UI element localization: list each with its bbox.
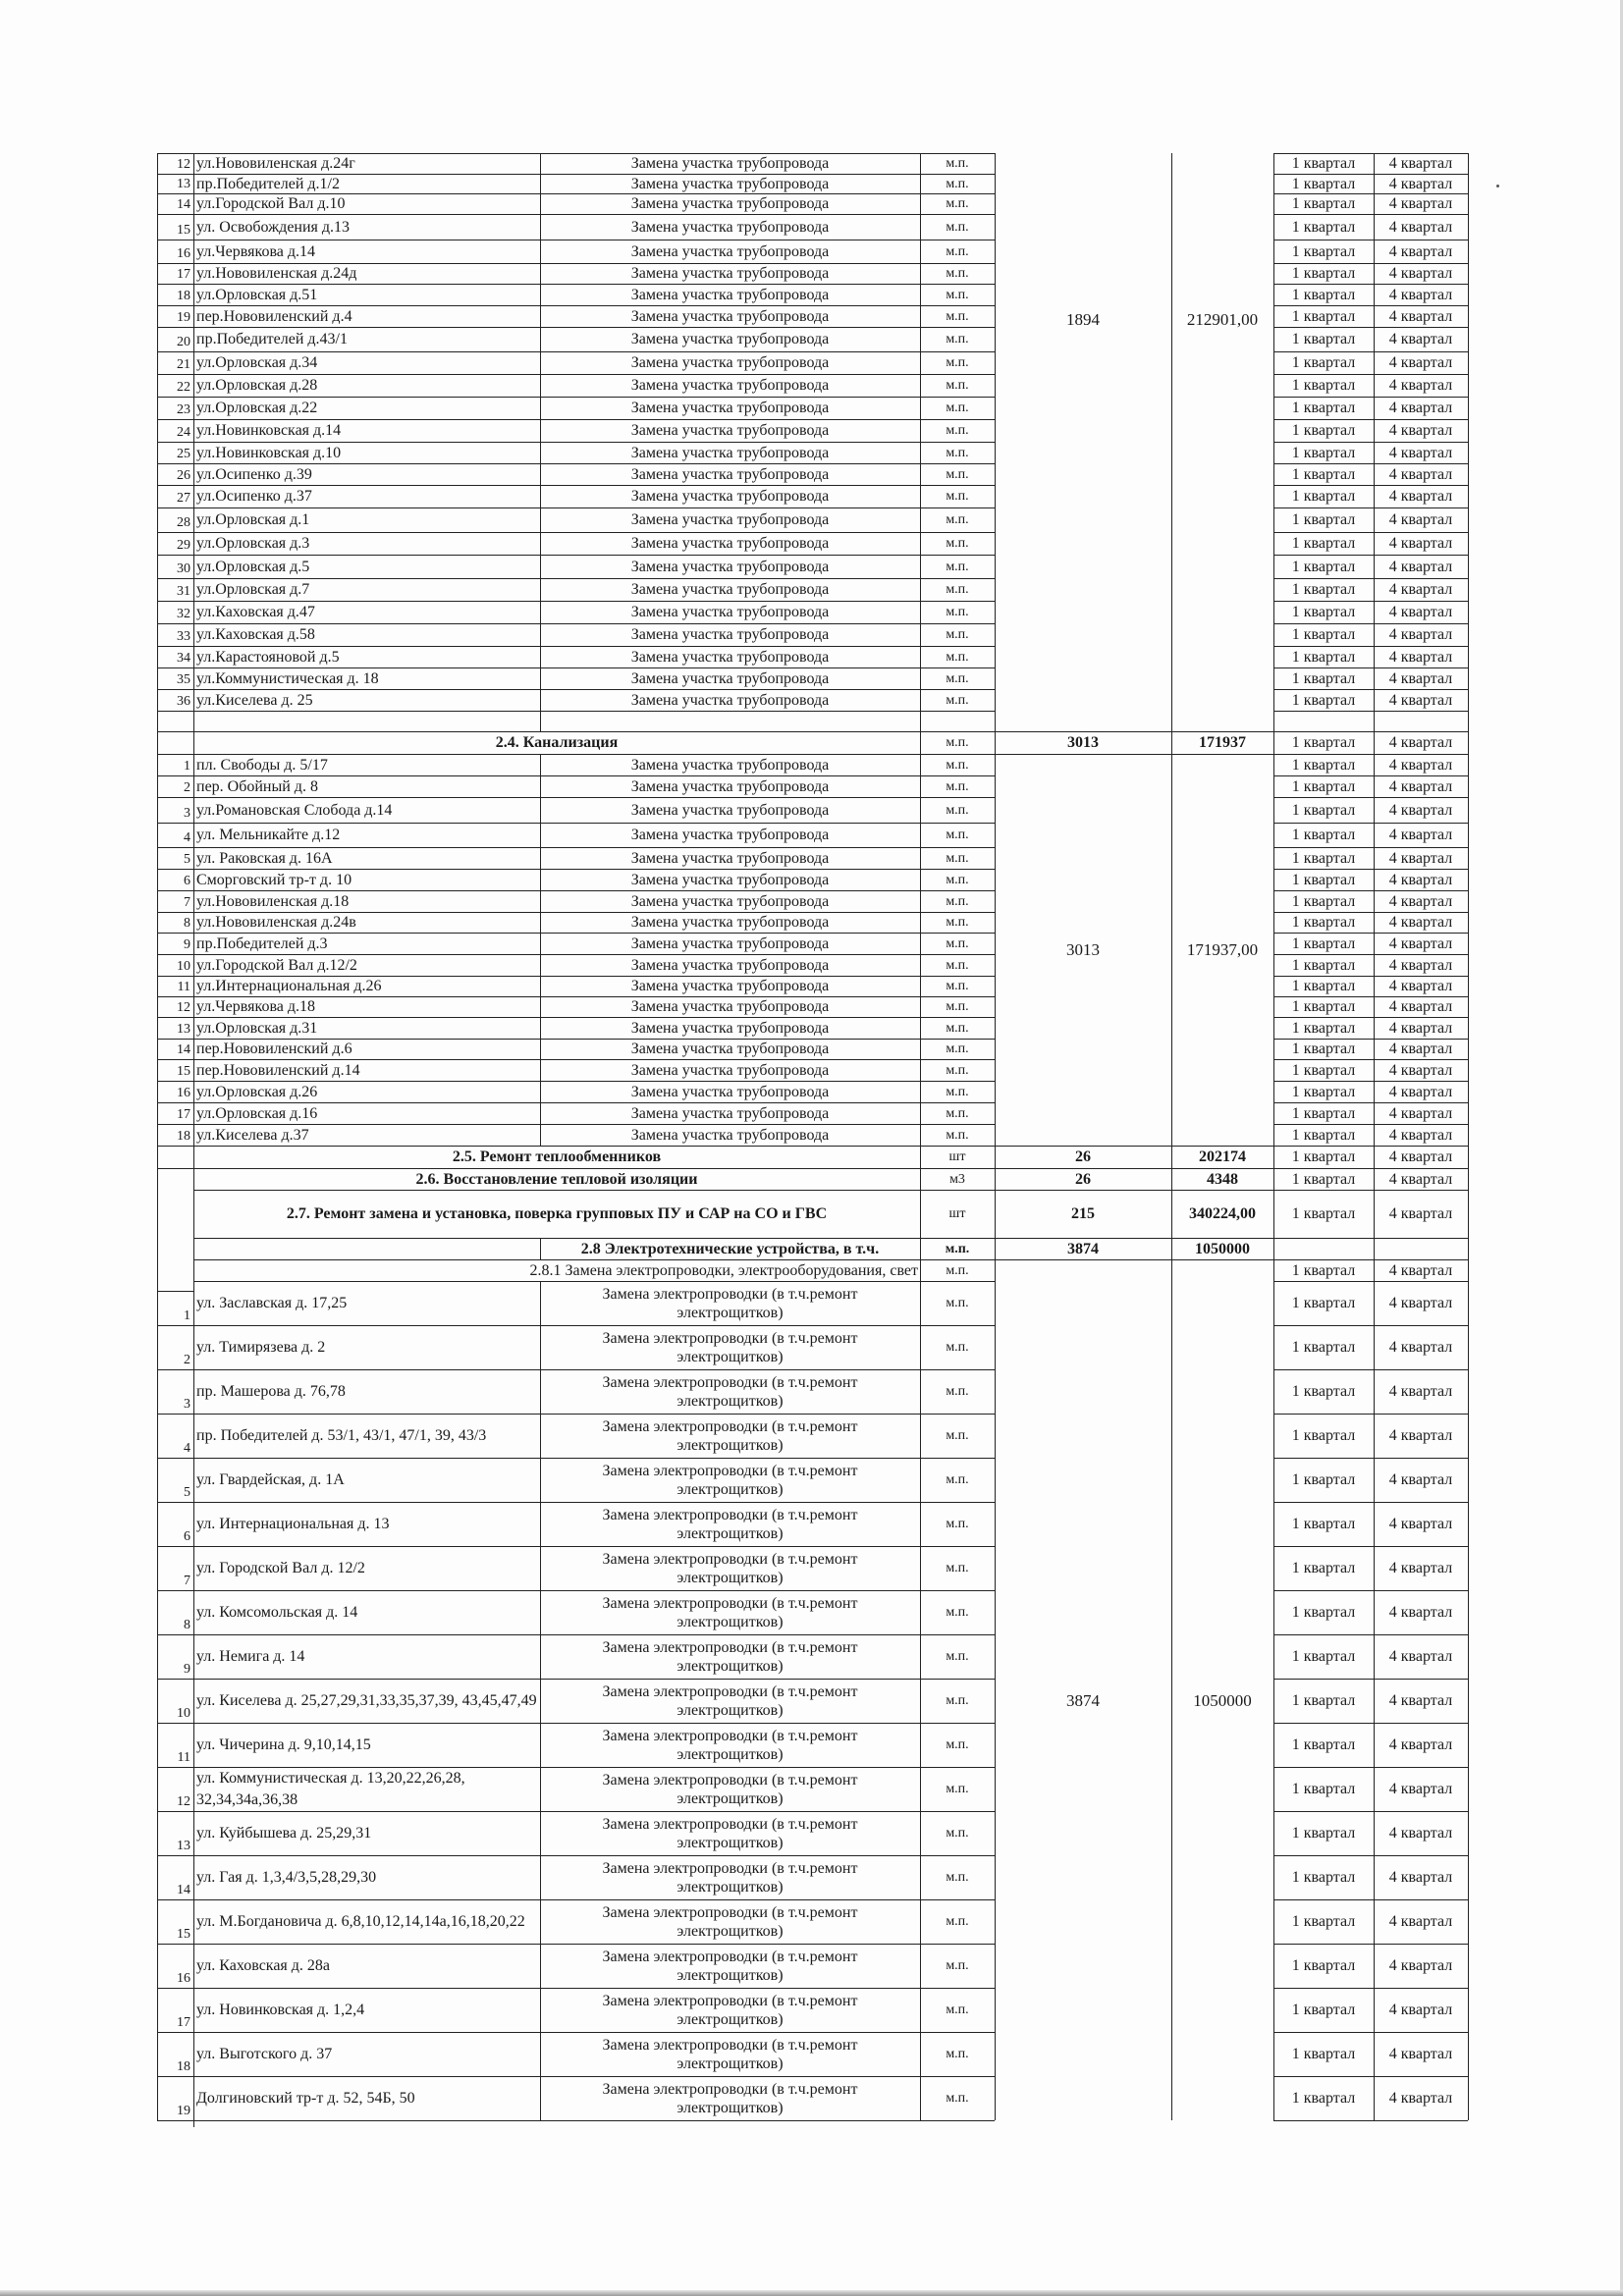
row-border [157, 890, 995, 891]
grid-line [1273, 754, 1274, 1146]
address-cell: ул.Интернациональная д.26 [193, 976, 540, 996]
end-quarter-cell: 4 квартал [1374, 578, 1468, 601]
grid-line [1273, 153, 1274, 731]
unit-cell: м.п. [920, 327, 995, 351]
work-line-2: электрощитков) [676, 1524, 783, 1543]
end-quarter-cell: 4 квартал [1374, 1458, 1468, 1502]
end-quarter-cell: 4 квартал [1374, 1259, 1468, 1281]
address-cell: ул.Новинковская д.10 [193, 442, 540, 463]
address-cell: ул.Карастояновой д.5 [193, 646, 540, 667]
row-border [157, 954, 995, 955]
start-quarter-cell: 1 квартал [1273, 284, 1374, 305]
unit-cell: м.п. [920, 1102, 995, 1124]
end-quarter-cell: 4 квартал [1374, 1723, 1468, 1767]
grid-line [920, 1146, 921, 1238]
unit-cell: м.п. [920, 419, 995, 442]
unit-cell: м.п. [920, 2076, 995, 2120]
address-cell: ул.Орловская д.22 [193, 397, 540, 419]
grid-line [193, 731, 194, 754]
work-type-cell: Замена участка трубопровода [540, 623, 920, 646]
row-number: 33 [157, 623, 193, 646]
row-border [1273, 1679, 1468, 1680]
start-quarter-cell: 1 квартал [1273, 1124, 1374, 1146]
grid-line [1273, 731, 1274, 754]
address-cell: ул.Орловская д.5 [193, 555, 540, 578]
row-border [1273, 2032, 1468, 2033]
unit-cell: шт [920, 1190, 995, 1238]
work-type-cell: Замена участка трубопровода [540, 667, 920, 689]
row-border [1273, 193, 1468, 194]
row-border [1273, 1102, 1468, 1103]
row-border [1273, 507, 1468, 508]
row-number: 36 [157, 689, 193, 711]
grid-line [1374, 153, 1375, 731]
work-type-cell: Замена участка трубопровода [540, 1081, 920, 1102]
work-type-cell: Замена участка трубопровода [540, 305, 920, 327]
address-cell: ул. Новинковская д. 1,2,4 [193, 1988, 540, 2032]
start-quarter-cell: 1 квартал [1273, 1502, 1374, 1546]
address-cell: ул. Раковская д. 16А [193, 847, 540, 869]
row-border [157, 976, 995, 977]
row-border [1273, 775, 1468, 776]
section-cost: 171937 [1171, 731, 1273, 754]
unit-cell: м.п. [920, 374, 995, 397]
row-number: 26 [157, 463, 193, 485]
end-quarter-cell: 4 квартал [1374, 1502, 1468, 1546]
end-quarter-cell: 4 квартал [1374, 1899, 1468, 1944]
work-line-2: электрощитков) [676, 1701, 783, 1720]
end-quarter-cell: 4 квартал [1374, 601, 1468, 623]
row-border [1273, 623, 1468, 624]
grid-line [157, 754, 158, 1146]
row-number: 3 [157, 1369, 193, 1414]
start-quarter-cell: 1 квартал [1273, 1369, 1374, 1414]
end-quarter-cell: 4 квартал [1374, 912, 1468, 933]
unit-cell: м.п. [920, 1811, 995, 1855]
address-cell: ул. Мельникайте д.12 [193, 823, 540, 847]
address-cell: ул.Каховская д.47 [193, 601, 540, 623]
end-quarter-cell: 4 квартал [1374, 1369, 1468, 1414]
row-border [157, 1546, 995, 1547]
row-border [157, 214, 995, 215]
row-border [157, 1590, 995, 1591]
work-type-cell: Замена участка трубопровода [540, 485, 920, 507]
row-number: 27 [157, 485, 193, 507]
row-border [157, 1944, 995, 1945]
address-cell: ул.Киселева д. 25 [193, 689, 540, 711]
row-border [157, 711, 995, 712]
address-cell: ул.Нововиленская д.24в [193, 912, 540, 933]
row-number: 14 [157, 193, 193, 214]
grid-line [157, 1146, 158, 1291]
row-border [1273, 689, 1468, 690]
row-border [157, 1723, 995, 1724]
work-line-2: электрощитков) [676, 2099, 783, 2117]
grid-line [1273, 1281, 1274, 2120]
end-quarter-cell: 4 квартал [1374, 174, 1468, 193]
address-cell: ул.Киселева д.37 [193, 1124, 540, 1146]
start-quarter-cell: 1 квартал [1273, 1723, 1374, 1767]
start-quarter-cell: 1 квартал [1273, 174, 1374, 193]
grid-line [540, 1238, 541, 1259]
row-number: 28 [157, 507, 193, 532]
subsection-title: 2.8.1 Замена электропроводки, электрообо… [193, 1259, 920, 1281]
address-cell: ул. Освобождения д.13 [193, 214, 540, 240]
start-quarter-cell: 1 квартал [1273, 1281, 1374, 1325]
end-quarter-cell: 4 квартал [1374, 507, 1468, 532]
unit-cell: м.п. [920, 2032, 995, 2076]
row-border [1273, 890, 1468, 891]
unit-cell: м.п. [920, 933, 995, 954]
grid-line [193, 153, 194, 731]
address-cell: ул.Нововиленская д.18 [193, 890, 540, 912]
address-cell: пер.Нововиленский д.14 [193, 1059, 540, 1081]
start-quarter-cell: 1 квартал [1273, 463, 1374, 485]
work-type-cell: Замена участка трубопровода [540, 174, 920, 193]
start-quarter-cell: 1 квартал [1273, 1146, 1374, 1168]
merged-cost: 171937,00 [1171, 754, 1273, 1146]
work-line-1: Замена электропроводки (в т.ч.ремонт [603, 1727, 858, 1745]
end-quarter-cell: 4 квартал [1374, 263, 1468, 284]
end-quarter-cell: 4 квартал [1374, 555, 1468, 578]
unit-cell: м.п. [920, 976, 995, 996]
end-quarter-cell: 4 квартал [1374, 1414, 1468, 1458]
row-number: 1 [157, 754, 193, 775]
address-cell: ул.Осипенко д.37 [193, 485, 540, 507]
end-quarter-cell: 4 квартал [1374, 1590, 1468, 1634]
row-border [1273, 214, 1468, 215]
unit-cell: м.п. [920, 193, 995, 214]
row-number: 30 [157, 555, 193, 578]
end-quarter-cell: 4 квартал [1374, 532, 1468, 555]
address-cell: Долгиновский тр-т д. 52, 54Б, 50 [193, 2076, 540, 2120]
start-quarter-cell: 1 квартал [1273, 731, 1374, 754]
address-cell: ул.Орловская д.26 [193, 1081, 540, 1102]
work-line-1: Замена электропроводки (в т.ч.ремонт [603, 1462, 858, 1480]
end-quarter-cell: 4 квартал [1374, 1811, 1468, 1855]
unit-cell: м.п. [920, 214, 995, 240]
address-cell: Сморговский тр-т д. 10 [193, 869, 540, 890]
address-cell: ул. М.Богдановича д. 6,8,10,12,14,14а,16… [193, 1899, 540, 1944]
row-border [1273, 869, 1468, 870]
unit-cell: м.п. [920, 1414, 995, 1458]
row-number: 7 [157, 1546, 193, 1590]
row-border [157, 507, 995, 508]
end-quarter-cell: 4 квартал [1374, 1146, 1468, 1168]
row-border [157, 1855, 995, 1856]
address-cell: ул. Интернациональная д. 13 [193, 1502, 540, 1546]
row-border [157, 578, 995, 579]
start-quarter-cell: 1 квартал [1273, 305, 1374, 327]
row-border [1273, 240, 1468, 240]
work-line-2: электрощитков) [676, 1966, 783, 1985]
address-cell: ул. Гвардейская, д. 1А [193, 1458, 540, 1502]
start-quarter-cell: 1 квартал [1273, 869, 1374, 890]
start-quarter-cell: 1 квартал [1273, 397, 1374, 419]
row-border [1273, 1039, 1468, 1040]
row-border [1273, 797, 1468, 798]
start-quarter-cell: 1 квартал [1273, 555, 1374, 578]
start-quarter-cell: 1 квартал [1273, 1546, 1374, 1590]
row-border [1273, 1059, 1468, 1060]
end-quarter-cell: 4 квартал [1374, 954, 1468, 976]
row-border [157, 374, 995, 375]
summary-title: 2.5. Ремонт теплообменников [193, 1146, 920, 1168]
row-border [157, 2032, 995, 2033]
section-title-sewerage: 2.4. Канализация [193, 731, 920, 754]
grid-line [1374, 1281, 1375, 2120]
work-type-cell: Замена участка трубопровода [540, 263, 920, 284]
end-quarter-cell: 4 квартал [1374, 1081, 1468, 1102]
row-border [157, 869, 995, 870]
work-line-1: Замена электропроводки (в т.ч.ремонт [603, 2080, 858, 2099]
row-number: 19 [157, 2076, 193, 2120]
row-border [1273, 485, 1468, 486]
unit-cell: м.п. [920, 174, 995, 193]
row-border [1273, 754, 1468, 755]
end-quarter-cell: 4 квартал [1374, 327, 1468, 351]
start-quarter-cell: 1 квартал [1273, 1590, 1374, 1634]
row-border [157, 667, 995, 668]
end-quarter-cell: 4 квартал [1374, 933, 1468, 954]
row-border [1273, 1944, 1468, 1945]
end-quarter-cell: 4 квартал [1374, 976, 1468, 996]
row-border [1273, 327, 1468, 328]
section-cost: 1050000 [1171, 1238, 1273, 1259]
address-cell: ул. Немига д. 14 [193, 1634, 540, 1679]
row-number: 8 [157, 1590, 193, 1634]
row-border [1273, 1546, 1468, 1547]
start-quarter-cell: 1 квартал [1273, 1811, 1374, 1855]
start-quarter-cell: 1 квартал [1273, 1325, 1374, 1369]
start-quarter-cell: 1 квартал [1273, 1855, 1374, 1899]
work-type-cell: Замена участка трубопровода [540, 1039, 920, 1059]
address-cell: пл. Свободы д. 5/17 [193, 754, 540, 775]
unit-cell: м.п. [920, 1081, 995, 1102]
unit-cell: м.п. [920, 1369, 995, 1414]
row-border [1273, 1081, 1468, 1082]
row-border [1273, 1767, 1468, 1768]
row-border [157, 1039, 995, 1040]
row-number: 10 [157, 1679, 193, 1723]
work-type-cell: Замена участка трубопровода [540, 397, 920, 419]
row-number: 5 [157, 1458, 193, 1502]
work-line-2: электрощитков) [676, 2010, 783, 2029]
end-quarter-cell: 4 квартал [1374, 1168, 1468, 1190]
grid-line [1468, 754, 1469, 1146]
address-cell: ул. Каховская д. 28а [193, 1944, 540, 1988]
end-quarter-cell: 4 квартал [1374, 1944, 1468, 1988]
start-quarter-cell: 1 квартал [1273, 601, 1374, 623]
work-line-1: Замена электропроводки (в т.ч.ремонт [603, 1903, 858, 1922]
work-type-cell: Замена электропроводки (в т.ч.ремонтэлек… [540, 1458, 920, 1502]
row-number: 35 [157, 667, 193, 689]
row-border [1273, 1325, 1468, 1326]
row-border [1273, 153, 1468, 154]
row-number: 6 [157, 1502, 193, 1546]
unit-cell: м.п. [920, 1059, 995, 1081]
end-quarter-cell: 4 квартал [1374, 397, 1468, 419]
row-number: 32 [157, 601, 193, 623]
address-cell: ул. Гая д. 1,3,4/3,5,28,29,30 [193, 1855, 540, 1899]
section-quantity: 3013 [995, 731, 1171, 754]
row-border [157, 351, 995, 352]
row-number: 9 [157, 933, 193, 954]
row-number: 18 [157, 2032, 193, 2076]
unit-cell: м.п. [920, 1238, 995, 1259]
grid-line [1468, 1146, 1469, 1238]
row-border [1273, 578, 1468, 579]
address-cell: ул.Романовская Слобода д.14 [193, 797, 540, 823]
row-border [157, 797, 995, 798]
end-quarter-cell: 4 квартал [1374, 1679, 1468, 1723]
work-type-cell: Замена участка трубопровода [540, 153, 920, 174]
address-cell: ул.Новинковская д.14 [193, 419, 540, 442]
end-quarter-cell: 4 квартал [1374, 1124, 1468, 1146]
address-cell: пр. Машерова д. 76,78 [193, 1369, 540, 1414]
work-line-2: электрощитков) [676, 1304, 783, 1322]
end-quarter-cell: 4 квартал [1374, 351, 1468, 374]
row-border [157, 305, 995, 306]
address-cell: ул. Коммунистическая д. 13,20,22,26,28, … [193, 1767, 540, 1811]
grid-line [1273, 1146, 1274, 1238]
work-line-2: электрощитков) [676, 1922, 783, 1941]
work-line-1: Замена электропроводки (в т.ч.ремонт [603, 1638, 858, 1657]
section-title-electrical: 2.8 Электротехнические устройства, в т.ч… [540, 1238, 920, 1259]
work-type-cell: Замена участка трубопровода [540, 532, 920, 555]
start-quarter-cell: 1 квартал [1273, 1988, 1374, 2032]
work-type-cell: Замена участка трубопровода [540, 996, 920, 1017]
row-border [157, 1059, 995, 1060]
end-quarter-cell: 4 квартал [1374, 1634, 1468, 1679]
row-number: 2 [157, 1325, 193, 1369]
start-quarter-cell: 1 квартал [1273, 214, 1374, 240]
work-type-cell: Замена электропроводки (в т.ч.ремонтэлек… [540, 1767, 920, 1811]
work-line-2: электрощитков) [676, 1569, 783, 1587]
unit-cell: м.п. [920, 1723, 995, 1767]
work-type-cell: Замена участка трубопровода [540, 646, 920, 667]
start-quarter-cell: 1 квартал [1273, 193, 1374, 214]
work-type-cell: Замена электропроводки (в т.ч.ремонтэлек… [540, 1988, 920, 2032]
work-type-cell: Замена электропроводки (в т.ч.ремонтэлек… [540, 1811, 920, 1855]
start-quarter-cell: 1 квартал [1273, 775, 1374, 797]
address-cell: ул. Чичерина д. 9,10,14,15 [193, 1723, 540, 1767]
unit-cell: м.п. [920, 1259, 995, 1281]
summary-cost: 4348 [1171, 1168, 1273, 1190]
address-cell: ул.Червякова д.18 [193, 996, 540, 1017]
row-border [1273, 1458, 1468, 1459]
address-cell: ул. Тимирязева д. 2 [193, 1325, 540, 1369]
row-border [157, 1325, 995, 1326]
unit-cell: м.п. [920, 463, 995, 485]
row-number: 8 [157, 912, 193, 933]
work-line-2: электрощитков) [676, 1480, 783, 1499]
work-line-1: Замена электропроводки (в т.ч.ремонт [603, 1329, 858, 1348]
start-quarter-cell: 1 квартал [1273, 485, 1374, 507]
unit-cell: м.п. [920, 578, 995, 601]
work-type-cell: Замена участка трубопровода [540, 1102, 920, 1124]
unit-cell: м.п. [920, 1017, 995, 1039]
row-number: 5 [157, 847, 193, 869]
work-type-cell: Замена электропроводки (в т.ч.ремонтэлек… [540, 1369, 920, 1414]
row-number: 15 [157, 1899, 193, 1944]
work-line-1: Замена электропроводки (в т.ч.ремонт [603, 1417, 858, 1436]
start-quarter-cell: 1 квартал [1273, 2076, 1374, 2120]
row-border [1273, 463, 1468, 464]
work-type-cell: Замена участка трубопровода [540, 976, 920, 996]
address-cell: пр.Победителей д.43/1 [193, 327, 540, 351]
work-type-cell: Замена электропроводки (в т.ч.ремонтэлек… [540, 1546, 920, 1590]
row-border [1273, 419, 1468, 420]
row-number: 21 [157, 351, 193, 374]
row-border [1273, 1899, 1468, 1900]
address-cell: ул.Орловская д.34 [193, 351, 540, 374]
end-quarter-cell: 4 квартал [1374, 240, 1468, 263]
work-type-cell: Замена участка трубопровода [540, 193, 920, 214]
grid-line [193, 754, 194, 1146]
work-line-1: Замена электропроводки (в т.ч.ремонт [603, 1506, 858, 1524]
start-quarter-cell: 1 квартал [1273, 1081, 1374, 1102]
row-border [157, 912, 995, 913]
work-line-1: Замена электропроводки (в т.ч.ремонт [603, 1285, 858, 1304]
row-number: 4 [157, 823, 193, 847]
row-number: 10 [157, 954, 193, 976]
unit-cell: м.п. [920, 1124, 995, 1146]
unit-cell: м.п. [920, 1502, 995, 1546]
merged-quantity: 1894 [995, 153, 1171, 485]
unit-cell: м.п. [920, 890, 995, 912]
row-number: 19 [157, 305, 193, 327]
row-border [1273, 1855, 1468, 1856]
end-quarter-cell: 4 квартал [1374, 1855, 1468, 1899]
row-border [157, 193, 995, 194]
row-border [157, 1458, 995, 1459]
work-line-2: электрощитков) [676, 2055, 783, 2073]
work-type-cell: Замена участка трубопровода [540, 847, 920, 869]
address-cell: пр.Победителей д.3 [193, 933, 540, 954]
start-quarter-cell: 1 квартал [1273, 374, 1374, 397]
grid-line [1171, 1146, 1172, 1238]
row-border [1273, 374, 1468, 375]
start-quarter-cell: 1 квартал [1273, 532, 1374, 555]
grid-line [1374, 1146, 1375, 1238]
unit-cell: м3 [920, 1168, 995, 1190]
start-quarter-cell: 1 квартал [1273, 1414, 1374, 1458]
summary-quantity: 26 [995, 1168, 1171, 1190]
grid-line [920, 1238, 921, 1281]
start-quarter-cell: 1 квартал [1273, 578, 1374, 601]
work-type-cell: Замена электропроводки (в т.ч.ремонтэлек… [540, 1502, 920, 1546]
work-line-1: Замена электропроводки (в т.ч.ремонт [603, 1682, 858, 1701]
row-border [157, 485, 995, 486]
row-border [157, 555, 995, 556]
unit-cell: м.п. [920, 263, 995, 284]
address-cell: ул.Орловская д.51 [193, 284, 540, 305]
address-cell: ул.Орловская д.1 [193, 507, 540, 532]
start-quarter-cell: 1 квартал [1273, 646, 1374, 667]
grid-line [1468, 153, 1469, 731]
row-border [157, 996, 995, 997]
row-border [1273, 1124, 1468, 1125]
row-border [157, 397, 995, 398]
row-number: 22 [157, 374, 193, 397]
start-quarter-cell: 1 квартал [1273, 933, 1374, 954]
unit-cell: м.п. [920, 153, 995, 174]
end-quarter-cell: 4 квартал [1374, 623, 1468, 646]
grid-line [193, 1190, 1468, 1191]
work-line-2: электрощитков) [676, 1436, 783, 1455]
row-border [1273, 601, 1468, 602]
